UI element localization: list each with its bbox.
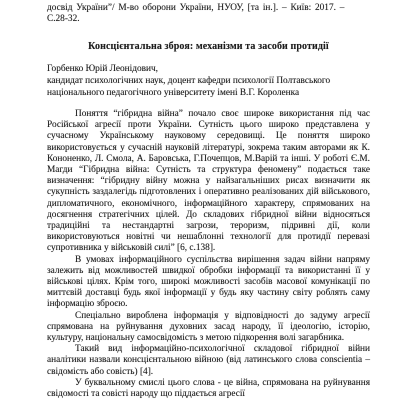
reference-line: досвід України”/ М-во оборони України, Н… (47, 3, 370, 14)
body-paragraph: Такий вид інформаційно-психологічної скл… (47, 344, 370, 378)
article-body: Поняття “гібридна війна” почало своє шир… (47, 109, 370, 400)
body-paragraph: Спеціально вироблена інформація у відпов… (47, 311, 370, 345)
article-title: Консцієнтальна зброя: механізми та засоб… (47, 41, 370, 52)
document-page: досвід України”/ М-во оборони України, Н… (0, 0, 400, 400)
body-paragraph: В умовах інформаційного суспільства вирі… (47, 255, 370, 311)
author-name: Горбенко Юрій Леонідович, (47, 63, 370, 75)
reference-fragment: досвід України”/ М-во оборони України, Н… (47, 3, 370, 25)
author-degree-line: кандидат психологічних наук, доцент кафе… (47, 75, 370, 87)
author-block: Горбенко Юрій Леонідович, кандидат психо… (47, 63, 370, 99)
reference-page-range: С.28-32. (47, 14, 370, 25)
author-affiliation-line: національного педагогічного університету… (47, 87, 370, 99)
body-paragraph: У буквальному смислі цього слова - це ві… (47, 378, 370, 400)
body-paragraph: Поняття “гібридна війна” почало своє шир… (47, 109, 370, 255)
